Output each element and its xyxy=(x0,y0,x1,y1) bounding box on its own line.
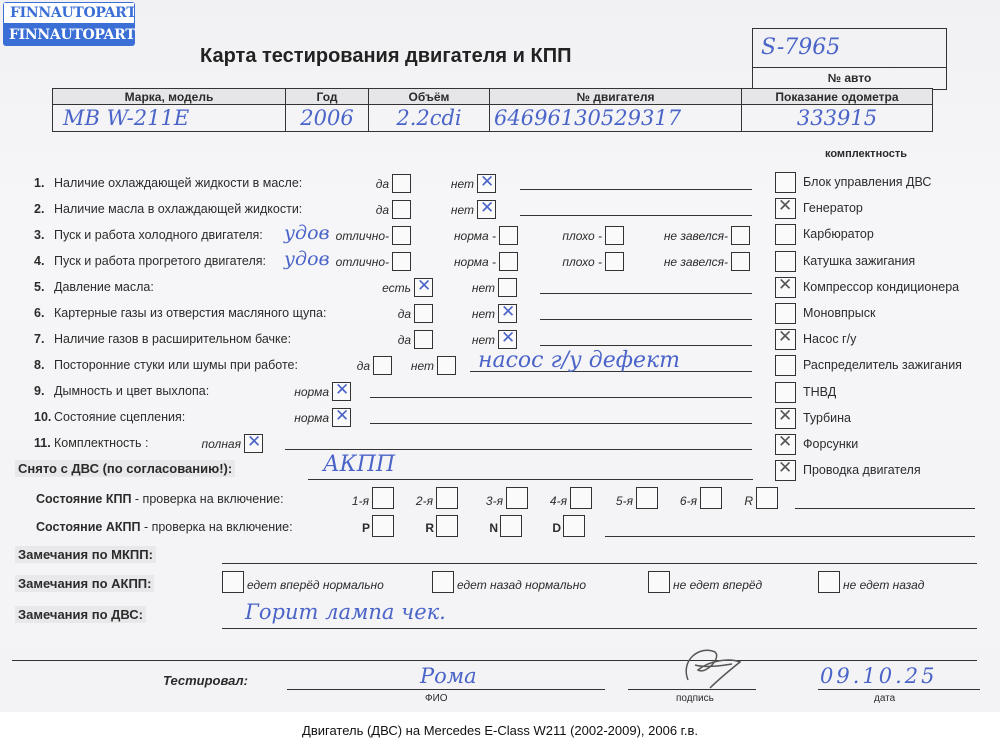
completeness-checkbox[interactable] xyxy=(775,382,796,403)
mode-label: R xyxy=(425,521,434,535)
option-label: плохо - xyxy=(562,229,602,243)
option-checkbox[interactable] xyxy=(392,226,411,245)
check-number: 3. xyxy=(34,228,54,242)
option-checkbox[interactable] xyxy=(498,278,517,297)
check-row-9: 9.Дымность и цвет выхлопа: xyxy=(34,384,209,398)
note-line[interactable] xyxy=(520,215,752,216)
mode-checkbox[interactable] xyxy=(563,515,585,537)
check-row-2: 2.Наличие масла в охлаждающей жидкости: xyxy=(34,202,302,216)
gear-checkbox[interactable] xyxy=(756,487,778,509)
akpp-remark-label: едет вперёд нормально xyxy=(247,578,384,592)
option-checkbox[interactable] xyxy=(414,278,433,297)
option-checkbox[interactable] xyxy=(414,304,433,323)
kpp-check-label: Состояние КПП - проверка на включение: xyxy=(36,492,284,506)
check-label: Комплектность : xyxy=(54,436,148,450)
watermark-line-2: FINNAUTOPARTS xyxy=(3,24,135,46)
check-label: Давление масла: xyxy=(54,280,154,294)
option-checkbox[interactable] xyxy=(498,304,517,323)
option-checkbox[interactable] xyxy=(499,252,518,271)
gear-label: 3-я xyxy=(486,494,503,508)
option-checkbox[interactable] xyxy=(498,330,517,349)
check-number: 9. xyxy=(34,384,54,398)
note-line[interactable] xyxy=(285,449,752,450)
gear-label: 1-я xyxy=(352,494,369,508)
completeness-checkbox[interactable] xyxy=(775,303,796,324)
option-label: норма - xyxy=(454,229,496,243)
option-label: норма xyxy=(294,385,329,399)
check-row-1: 1.Наличие охлаждающей жидкости в масле: xyxy=(34,176,302,190)
option-label: не завелся- xyxy=(664,255,728,269)
signature-caption: подпись xyxy=(676,693,714,704)
akpp-remark-checkbox[interactable] xyxy=(222,571,244,593)
date-line xyxy=(818,689,980,690)
completeness-label: Проводка двигателя xyxy=(803,463,921,477)
check-number: 8. xyxy=(34,358,54,372)
akpp-remark-label: едет назад нормально xyxy=(457,578,586,592)
option-checkbox[interactable] xyxy=(373,356,392,375)
option-checkbox[interactable] xyxy=(392,174,411,193)
auto-number-box: S-7965 № авто xyxy=(752,28,947,90)
check-row-6: 6.Картерные газы из отверстия масляного … xyxy=(34,306,326,320)
completeness-checkbox[interactable] xyxy=(775,277,796,298)
removed-label: Снято с ДВС (по согласованию!): xyxy=(15,460,235,477)
option-label: да xyxy=(376,203,389,217)
completeness-checkbox[interactable] xyxy=(775,434,796,455)
option-label: да xyxy=(357,359,370,373)
signature-icon xyxy=(660,640,755,695)
check-row-4: 4.Пуск и работа прогретого двигателя: xyxy=(34,254,266,268)
akpp-check-label: Состояние АКПП - проверка на включение: xyxy=(36,520,293,534)
completeness-label: Карбюратор xyxy=(803,227,874,241)
check-number: 7. xyxy=(34,332,54,346)
gear-label: R xyxy=(744,494,753,508)
check-label: Наличие масла в охлаждающей жидкости: xyxy=(54,202,302,216)
check-row-11: 11.Комплектность : xyxy=(34,436,148,450)
completeness-checkbox[interactable] xyxy=(775,355,796,376)
option-label: отлично- xyxy=(336,255,389,269)
akpp-remark-checkbox[interactable] xyxy=(818,571,840,593)
check-number: 11. xyxy=(34,436,54,450)
note-line[interactable] xyxy=(540,345,752,346)
make-model-value: МВ W-211E xyxy=(53,105,286,132)
gear-label: 5-я xyxy=(616,494,633,508)
col-volume: Объём xyxy=(369,89,490,105)
option-label: нет xyxy=(451,177,474,191)
option-checkbox[interactable] xyxy=(477,200,496,219)
option-label: полная xyxy=(202,437,241,451)
gear-label: 6-я xyxy=(680,494,697,508)
note-line[interactable] xyxy=(540,293,752,294)
option-label: да xyxy=(376,177,389,191)
col-year: Год xyxy=(286,89,369,105)
check-number: 6. xyxy=(34,306,54,320)
check-label: Пуск и работа холодного двигателя: xyxy=(54,228,263,242)
check-row-5: 5.Давление масла: xyxy=(34,280,154,294)
option-label: нет xyxy=(472,333,495,347)
completeness-label: Распределитель зажигания xyxy=(803,358,962,372)
completeness-label: ТНВД xyxy=(803,385,836,399)
name-caption: ФИО xyxy=(425,693,448,704)
option-checkbox[interactable] xyxy=(477,174,496,193)
check-label: Пуск и работа прогретого двигателя: xyxy=(54,254,266,268)
check-row-8: 8.Посторонние стуки или шумы при работе: xyxy=(34,358,298,372)
check-label: Наличие охлаждающей жидкости в масле: xyxy=(54,176,302,190)
option-checkbox[interactable] xyxy=(392,200,411,219)
check-number: 10. xyxy=(34,410,54,424)
remarks-mkpp-line[interactable] xyxy=(222,563,977,564)
option-label: нет xyxy=(451,203,474,217)
gear-checkbox[interactable] xyxy=(570,487,592,509)
akpp-remark-checkbox[interactable] xyxy=(432,571,454,593)
completeness-header: комплектность xyxy=(825,148,907,160)
date-caption: дата xyxy=(874,693,895,704)
divider-line xyxy=(12,660,977,661)
option-checkbox[interactable] xyxy=(244,434,263,453)
note-line[interactable] xyxy=(540,319,752,320)
tester-name: Рома xyxy=(420,664,477,688)
gear-label: 2-я xyxy=(416,494,433,508)
vehicle-info-table: Марка, модель Год Объём № двигателя Пока… xyxy=(52,88,933,132)
check-number: 4. xyxy=(34,254,54,268)
option-checkbox[interactable] xyxy=(332,382,351,401)
col-engine-number: № двигателя xyxy=(490,89,742,105)
completeness-label: Компрессор кондиционера xyxy=(803,280,959,294)
completeness-checkbox[interactable] xyxy=(775,329,796,350)
check-label: Состояние сцепления: xyxy=(54,410,185,424)
gear-label: 4-я xyxy=(550,494,567,508)
check-label: Посторонние стуки или шумы при работе: xyxy=(54,358,298,372)
remarks-mkpp-label: Замечания по МКПП: xyxy=(15,546,156,563)
mode-label: N xyxy=(489,521,498,535)
option-checkbox[interactable] xyxy=(731,252,750,271)
mode-checkbox[interactable] xyxy=(372,515,394,537)
option-checkbox[interactable] xyxy=(605,226,624,245)
remarks-dvs-line xyxy=(222,628,977,629)
akpp-remark-label: не едет назад xyxy=(843,578,924,592)
remarks-dvs-label: Замечания по ДВС: xyxy=(15,606,146,623)
completeness-label: Моновпрыск xyxy=(803,306,875,320)
mode-label: P xyxy=(362,521,370,535)
completeness-checkbox[interactable] xyxy=(775,251,796,272)
option-label: не завелся- xyxy=(664,229,728,243)
kpp-line xyxy=(795,508,975,509)
check-row-10: 10.Состояние сцепления: xyxy=(34,410,185,424)
option-checkbox[interactable] xyxy=(731,226,750,245)
option-label: есть xyxy=(382,281,411,295)
handwritten-rating: удов xyxy=(284,248,330,270)
remarks-akpp-label: Замечания по АКПП: xyxy=(15,575,154,592)
completeness-checkbox[interactable] xyxy=(775,198,796,219)
form-title: Карта тестирования двигателя и КПП xyxy=(200,45,571,68)
signature-line xyxy=(628,689,756,690)
check-note: насос г/у дефект xyxy=(478,348,680,373)
removed-line xyxy=(308,479,753,480)
auto-number-label: № авто xyxy=(753,68,946,88)
option-label: нет xyxy=(472,281,495,295)
gear-checkbox[interactable] xyxy=(436,487,458,509)
akpp-remark-checkbox[interactable] xyxy=(648,571,670,593)
completeness-label: Катушка зажигания xyxy=(803,254,915,268)
test-card-document: FINNAUTOPARTS FINNAUTOPARTS Карта тестир… xyxy=(0,0,1000,712)
option-checkbox[interactable] xyxy=(332,408,351,427)
check-row-3: 3.Пуск и работа холодного двигателя: xyxy=(34,228,263,242)
completeness-checkbox[interactable] xyxy=(775,408,796,429)
mode-checkbox[interactable] xyxy=(500,515,522,537)
col-odometer: Показание одометра xyxy=(742,89,933,105)
name-line xyxy=(287,689,605,690)
option-label: нет xyxy=(411,359,434,373)
completeness-checkbox[interactable] xyxy=(775,172,796,193)
note-line[interactable] xyxy=(520,189,752,190)
akpp-remark-label: не едет вперёд xyxy=(673,578,762,592)
watermark-line-1: FINNAUTOPARTS xyxy=(3,2,135,24)
option-checkbox[interactable] xyxy=(437,356,456,375)
completeness-label: Генератор xyxy=(803,201,863,215)
note-line[interactable] xyxy=(370,423,752,424)
gear-checkbox[interactable] xyxy=(636,487,658,509)
year-value: 2006 xyxy=(286,105,369,132)
akpp-line xyxy=(605,536,975,537)
check-number: 1. xyxy=(34,176,54,190)
check-number: 2. xyxy=(34,202,54,216)
mode-checkbox[interactable] xyxy=(436,515,458,537)
completeness-label: Насос г/у xyxy=(803,332,856,346)
auto-number-value: S-7965 xyxy=(753,29,946,68)
tested-by-label: Тестировал: xyxy=(163,673,248,688)
check-label: Наличие газов в расширительном бачке: xyxy=(54,332,291,346)
check-row-7: 7.Наличие газов в расширительном бачке: xyxy=(34,332,291,346)
check-label: Картерные газы из отверстия масляного щу… xyxy=(54,306,326,320)
option-label: норма xyxy=(294,411,329,425)
gear-checkbox[interactable] xyxy=(700,487,722,509)
engine-number-value: 64696130529317 xyxy=(490,105,742,132)
completeness-label: Блок управления ДВС xyxy=(803,175,931,189)
completeness-checkbox[interactable] xyxy=(775,224,796,245)
option-label: нет xyxy=(472,307,495,321)
gear-checkbox[interactable] xyxy=(372,487,394,509)
option-checkbox[interactable] xyxy=(605,252,624,271)
note-line[interactable] xyxy=(370,397,752,398)
gear-checkbox[interactable] xyxy=(506,487,528,509)
option-label: плохо - xyxy=(562,255,602,269)
option-label: да xyxy=(398,307,411,321)
option-label: норма - xyxy=(454,255,496,269)
completeness-label: Турбина xyxy=(803,411,851,425)
odometer-value: 333915 xyxy=(742,105,933,132)
handwritten-rating: удов xyxy=(284,222,330,244)
remarks-dvs-value: Горит лампа чек. xyxy=(245,600,446,624)
check-number: 5. xyxy=(34,280,54,294)
option-label: да xyxy=(398,333,411,347)
removed-value: АКПП xyxy=(323,452,395,477)
completeness-checkbox[interactable] xyxy=(775,460,796,481)
option-checkbox[interactable] xyxy=(392,252,411,271)
mode-label: D xyxy=(552,521,561,535)
col-make-model: Марка, модель xyxy=(53,89,286,105)
option-checkbox[interactable] xyxy=(414,330,433,349)
test-date: 09.10.25 xyxy=(820,664,938,688)
watermark-logo: FINNAUTOPARTS FINNAUTOPARTS xyxy=(3,2,135,46)
completeness-label: Форсунки xyxy=(803,437,858,451)
volume-value: 2.2cdi xyxy=(369,105,490,132)
page-caption: Двигатель (ДВС) на Mercedes E-Class W211… xyxy=(0,712,1000,750)
option-checkbox[interactable] xyxy=(499,226,518,245)
check-label: Дымность и цвет выхлопа: xyxy=(54,384,209,398)
option-label: отлично- xyxy=(336,229,389,243)
